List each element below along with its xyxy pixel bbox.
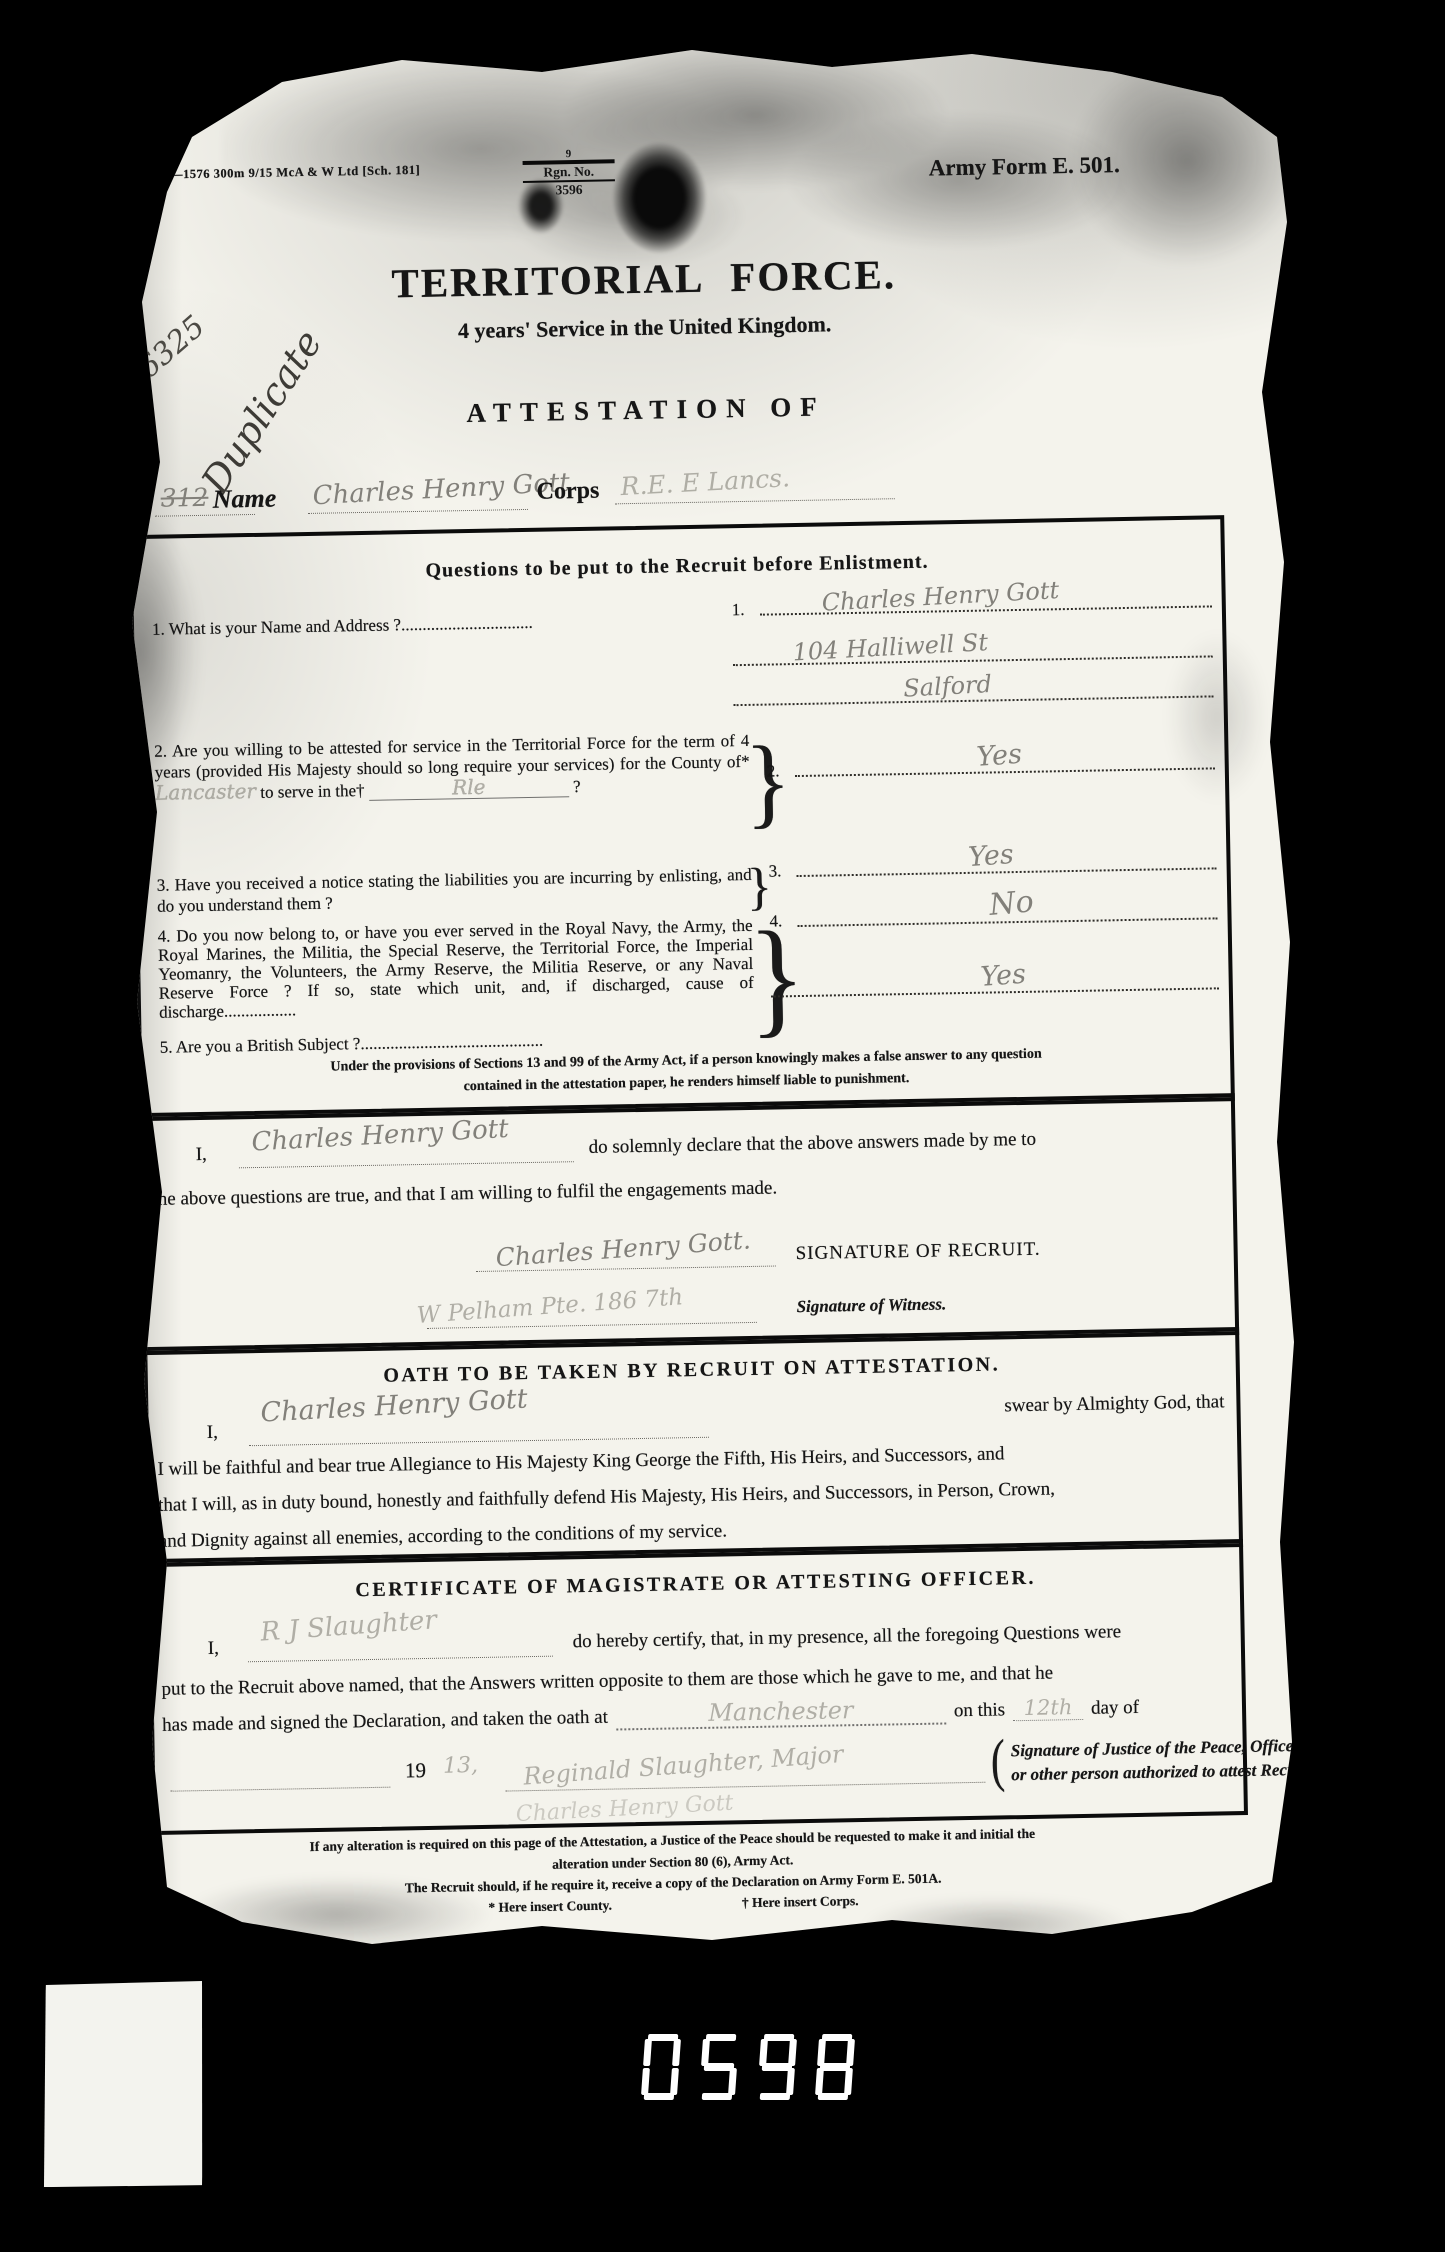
answer-4-number: 4. <box>769 911 782 931</box>
answer-1-line-1: 1. Charles Henry Gott <box>731 577 1211 616</box>
certificate-box: CERTIFICATE OF MAGISTRATE OR ATTESTING O… <box>147 1539 1248 1835</box>
answer-3-script: Yes <box>967 839 1014 873</box>
question-3-label: 3. Have you received a notice stating th… <box>157 864 753 917</box>
oath-body-3: and Dignity against all enemies, accordi… <box>159 1520 728 1552</box>
no-label: No. <box>96 486 135 517</box>
certificate-note-1: Signature of Justice of the Peace, Offic… <box>1011 1736 1304 1761</box>
declaration-name-underline <box>239 1161 574 1168</box>
digit-segment <box>786 2068 795 2095</box>
questions-box: Questions to be put to the Recruit befor… <box>128 515 1235 1121</box>
certificate-text-a: do hereby certify, that, in my presence,… <box>573 1621 1122 1653</box>
form-title: TERRITORIAL FORCE. <box>113 245 1174 312</box>
blank-card <box>34 1975 210 2193</box>
sheet-counter <box>638 2032 859 2102</box>
question-2-blank-script: Rle <box>369 775 569 801</box>
certificate-day-script: 12th <box>1013 1695 1083 1721</box>
recruit-signature-script: Charles Henry Gott. <box>495 1225 752 1272</box>
recruit-signature-label: SIGNATURE OF RECRUIT. <box>795 1239 1040 1265</box>
answer-1-line-3: Salford <box>733 669 1213 706</box>
no-underline <box>155 514 255 517</box>
certificate-officer-sig-script: Reginald Slaughter, Major <box>522 1740 844 1791</box>
witness-signature-script: W Pelham Pte. 186 7th <box>416 1284 684 1329</box>
digit-segment <box>788 2039 797 2066</box>
digit-segment <box>846 2039 855 2066</box>
regno-label: Rgn. No. <box>523 159 615 183</box>
form-subtitle: 4 years' Service in the United Kingdom. <box>114 305 1174 350</box>
certificate-officer-script: R J Slaughter <box>260 1605 438 1647</box>
digit-segment <box>815 2068 824 2095</box>
digit-segment <box>762 2063 793 2071</box>
digit-segment <box>643 2039 652 2066</box>
answer-1-script-3: Salford <box>903 670 993 703</box>
certificate-i: I, <box>208 1638 219 1660</box>
oath-body-2: that I will, as in duty bound, honestly … <box>158 1478 1055 1516</box>
answer-3-number: 3. <box>768 861 781 881</box>
certificate-year-script: 13, <box>443 1753 478 1779</box>
certificate-place-script: Manchester <box>616 1694 946 1730</box>
form-content: 3453) Wt 9452—1576 300m 9/15 McA & W Ltd… <box>55 31 1342 1982</box>
declaration-box: I, Charles Henry Gott do solemnly declar… <box>139 1093 1239 1355</box>
certificate-officer-underline <box>248 1656 553 1663</box>
certificate-extra-script: Charles Henry Gott <box>515 1791 734 1828</box>
answer-5-row: Yes <box>770 957 1219 997</box>
certificate-year: 19 <box>405 1758 426 1783</box>
question-2-text-a: 2. Are you willing to be attested for se… <box>154 731 750 782</box>
question-2-text-b: to serve in the† <box>260 781 365 802</box>
digit-segment <box>760 2093 790 2100</box>
digit-segment <box>702 2093 732 2100</box>
digit-segment <box>644 2093 674 2100</box>
digit-segment <box>641 2068 650 2095</box>
certificate-text-d: on this <box>954 1699 1006 1722</box>
digit-segment <box>670 2068 679 2095</box>
certificate-text-c: has made and signed the Declaration, and… <box>162 1707 608 1737</box>
answer-4-row: 4. No <box>769 885 1218 927</box>
footnote-insert-corps: † Here insert Corps. <box>742 1893 859 1911</box>
digit-segment <box>818 2093 848 2100</box>
printers-imprint: 3453) Wt 9452—1576 300m 9/15 McA & W Ltd… <box>87 163 421 184</box>
certificate-date-leader <box>170 1787 390 1792</box>
oath-i: I, <box>207 1422 218 1444</box>
regimental-number-block: 9 Rgn. No. 3596 <box>522 147 615 199</box>
name-label: Name <box>212 484 276 515</box>
army-form-number: Army Form E. 501. <box>929 152 1120 181</box>
oath-name-underline <box>249 1437 709 1446</box>
seven-segment-digit <box>638 2032 685 2102</box>
footnote-insert-county: * Here insert County. <box>488 1898 612 1916</box>
oath-heading: OATH TO BE TAKEN BY RECRUIT ON ATTESTATI… <box>148 1349 1236 1392</box>
seven-segment-digit <box>754 2032 801 2102</box>
question-2-text-c: ? <box>573 777 581 796</box>
scanned-attestation-form: { "header": { "imprint": "3453) Wt 9452—… <box>0 0 1445 2252</box>
question-1-label: 1. What is your Name and Address ?......… <box>152 608 737 640</box>
oath-name-script: Charles Henry Gott <box>260 1383 529 1428</box>
question-2-label: 2. Are you willing to be attested for se… <box>154 730 750 805</box>
witness-signature-label: Signature of Witness. <box>796 1294 946 1317</box>
digit-segment <box>817 2039 826 2066</box>
digit-segment <box>701 2039 710 2066</box>
certificate-text-e: day of <box>1091 1697 1139 1720</box>
no-value-script: 312 <box>160 483 208 513</box>
certificate-note-2: or other person authorized to attest Rec… <box>1011 1760 1324 1786</box>
question-4-label: 4. Do you now belong to, or have you eve… <box>158 916 755 1022</box>
declaration-name-script: Charles Henry Gott <box>251 1114 510 1158</box>
oath-body-1: I will be faithful and bear true Allegia… <box>157 1443 1004 1481</box>
digit-segment <box>844 2068 853 2095</box>
answer-2-row: 2. Yes <box>766 737 1215 777</box>
declaration-text-b: the above questions are true, and that I… <box>152 1177 777 1210</box>
digit-segment <box>728 2068 737 2095</box>
digit-segment <box>706 2034 736 2041</box>
oath-swear-text: swear by Almighty God, that <box>1004 1391 1224 1417</box>
question-2-county-script: Lancaster <box>155 779 256 805</box>
answer-3-row: 3. Yes <box>768 837 1217 877</box>
certificate-note-paren: ( <box>990 1728 1005 1795</box>
answer-2-script: Yes <box>976 739 1023 773</box>
oath-box: OATH TO BE TAKEN BY RECRUIT ON ATTESTATI… <box>143 1327 1243 1567</box>
digit-segment <box>820 2063 851 2071</box>
corps-label: Corps <box>536 478 599 506</box>
regno-value: 3596 <box>523 181 615 199</box>
document-paper: 3453) Wt 9452—1576 300m 9/15 McA & W Ltd… <box>72 42 1324 1970</box>
answer-1-number: 1. <box>732 600 745 620</box>
declaration-text-a: do solemnly declare that the above answe… <box>588 1129 1036 1159</box>
seven-segment-digit <box>696 2032 743 2102</box>
name-value-script: Charles Henry Gott <box>312 468 571 512</box>
answer-4-script: No <box>988 884 1035 923</box>
seven-segment-digit <box>812 2032 859 2102</box>
certificate-heading: CERTIFICATE OF MAGISTRATE OR ATTESTING O… <box>152 1563 1240 1606</box>
declaration-i: I, <box>196 1144 207 1166</box>
digit-segment <box>672 2039 681 2066</box>
digit-segment <box>759 2039 768 2066</box>
corps-value-script: R.E. E Lancs. <box>620 463 791 501</box>
answer-1-line-2: 104 Halliwell St <box>732 627 1212 666</box>
answer-5-script: Yes <box>980 959 1027 993</box>
answer-2-number: 2. <box>767 761 780 781</box>
